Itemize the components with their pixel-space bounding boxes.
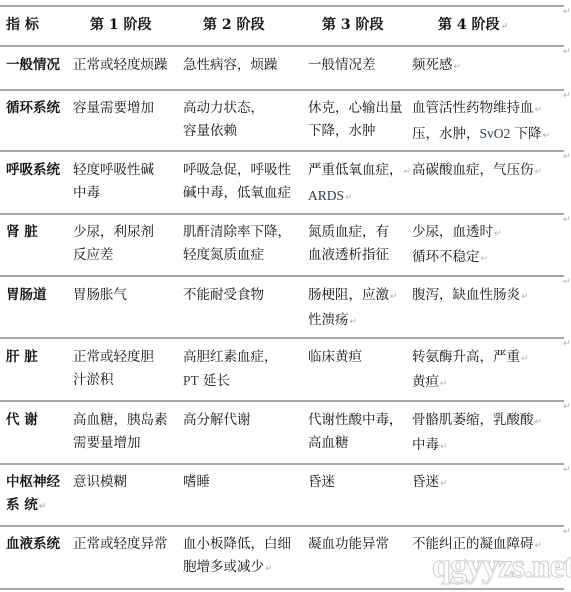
- cell-line: 胃肠道: [6, 284, 47, 307]
- paragraph-mark-icon: ↵: [563, 340, 571, 349]
- indicator-cell: 代 谢: [6, 409, 38, 432]
- cell-line: 代 谢: [6, 409, 38, 432]
- paragraph-mark-icon: ↵: [563, 466, 571, 475]
- table-rule: [0, 5, 564, 7]
- cell-line: 呼吸系统: [6, 159, 60, 182]
- cell-line: 肾 脏: [6, 221, 38, 244]
- cell-line: 中毒: [73, 182, 154, 205]
- cell-line: 一般情况差: [308, 54, 376, 77]
- table-rule: [0, 463, 564, 465]
- stage-1-cell: 正常或轻度烦躁: [73, 54, 168, 77]
- stage-4-cell: 腹泻，缺血性肠炎↵: [412, 284, 529, 309]
- stage-2-cell: 肌酐清除率下降，轻度氮质血症: [183, 221, 291, 267]
- cell-line: 胃肠胀气: [73, 284, 127, 307]
- stage-1-cell: 轻度呼吸性碱中毒: [73, 159, 154, 205]
- cell-line: 临床黄疸: [308, 346, 362, 369]
- stage-4-cell: 昏迷↵: [412, 471, 448, 496]
- stage-1-cell: 正常或轻度异常: [73, 533, 168, 556]
- cell-line: 血管活性药物维持血↵: [412, 97, 550, 122]
- paragraph-mark-icon: ↵: [563, 153, 571, 162]
- stage-2-cell: 呼吸急促，呼吸性碱中毒，低氧血症: [183, 159, 291, 205]
- cell-line: 黄疸↵: [412, 371, 529, 396]
- cell-line: 意识模糊: [73, 471, 127, 494]
- indicator-cell: 循环系统: [6, 97, 60, 120]
- stage-4-cell: 血管活性药物维持血↵压，水肿，SvO2 下降↵: [412, 97, 550, 148]
- paragraph-mark-icon: ↵: [563, 278, 571, 287]
- stage-1-cell: 胃肠胀气: [73, 284, 127, 307]
- stage-3-cell: 休克，心输出量下降，水肿: [308, 97, 403, 143]
- cell-line: 反应差: [73, 244, 154, 267]
- stage-1-cell: 正常或轻度胆汁淤积: [73, 346, 154, 392]
- stage-2-cell: 高动力状态，容量依赖: [183, 97, 264, 143]
- stage-2-cell: 高分解代谢: [183, 409, 251, 432]
- stage-1-cell: 意识模糊: [73, 471, 127, 494]
- cell-line: 压，水肿，SvO2 下降↵: [412, 122, 550, 148]
- cell-line: 轻度呼吸性碱: [73, 159, 154, 182]
- header-cell: 第 4 阶段↵: [438, 15, 508, 37]
- cell-line: 昏迷↵: [412, 471, 448, 496]
- cell-line: 高碳酸血症，气压伤↵: [412, 159, 542, 184]
- stage-3-cell: 氮质血症，有血液透析指征: [308, 221, 389, 267]
- table-rule: [0, 150, 564, 152]
- stage-2-cell: 高胆红素血症，PT 延长: [183, 346, 278, 393]
- table-rule: [0, 525, 564, 527]
- cell-line: 代谢性酸中毒，: [308, 409, 403, 432]
- cell-line: 嗜睡: [183, 471, 210, 494]
- cell-line: 高血糖: [308, 432, 403, 455]
- stage-3-cell: 肠梗阻，应激↵性溃疡↵: [308, 284, 398, 334]
- stage-3-cell: 严重低氧血症，↵ARDS↵: [308, 159, 411, 210]
- paragraph-mark-icon: ↵: [563, 92, 571, 101]
- paragraph-mark-icon: ↵: [563, 8, 571, 17]
- cell-line: 正常或轻度胆: [73, 346, 154, 369]
- cell-line: 胞增多或减少↵: [183, 556, 291, 581]
- cell-line: 正常或轻度异常: [73, 533, 168, 556]
- indicator-cell: 一般情况: [6, 54, 60, 77]
- indicator-cell: 肾 脏: [6, 221, 38, 244]
- stage-3-cell: 昏迷: [308, 471, 335, 494]
- cell-line: 转氨酶升高，严重↵: [412, 346, 529, 371]
- table-rule: [0, 213, 564, 215]
- cell-line: 氮质血症，有: [308, 221, 389, 244]
- stage-4-cell: 少尿，血透时↵循环不稳定↵: [412, 221, 502, 271]
- stage-2-cell: 急性病容，烦躁: [183, 54, 278, 77]
- cell-line: 腹泻，缺血性肠炎↵: [412, 284, 529, 309]
- cell-line: 严重低氧血症，↵: [308, 159, 411, 184]
- stage-4-cell: 频死感↵: [412, 54, 461, 79]
- stage-2-cell: 嗜睡: [183, 471, 210, 494]
- cell-line: 少尿，利尿剂: [73, 221, 154, 244]
- stage-3-cell: 代谢性酸中毒，高血糖: [308, 409, 403, 455]
- header-cell: 指 标: [6, 15, 39, 35]
- cell-line: 骨骼肌萎缩，乳酸酸↵: [412, 409, 542, 434]
- header-cell: 第 1 阶段: [90, 15, 152, 35]
- stage-3-cell: 凝血功能异常: [308, 533, 389, 556]
- cell-line: 血液透析指征: [308, 244, 389, 267]
- stage-2-cell: 不能耐受食物: [183, 284, 264, 307]
- table-rule: [0, 400, 564, 402]
- stage-1-cell: 容量需要增加: [73, 97, 154, 120]
- stage-4-cell: 骨骼肌萎缩，乳酸酸↵中毒↵: [412, 409, 542, 459]
- header-cell: 第 2 阶段: [203, 15, 265, 35]
- cell-line: PT 延长: [183, 369, 278, 393]
- cell-line: 高胆红素血症，: [183, 346, 278, 369]
- cell-line: 呼吸急促，呼吸性: [183, 159, 291, 182]
- table-rule: [0, 45, 564, 47]
- cell-line: 高血糖，胰岛素: [73, 409, 168, 432]
- cell-line: 容量需要增加: [73, 97, 154, 120]
- cell-line: 血小板降低，白细: [183, 533, 291, 556]
- cell-line: ARDS↵: [308, 184, 411, 210]
- cell-line: 血液系统: [6, 533, 60, 556]
- cell-line: 昏迷: [308, 471, 335, 494]
- cell-line: 轻度氮质血症: [183, 244, 291, 267]
- cell-line: 需要量增加: [73, 432, 168, 455]
- cell-line: 碱中毒，低氧血症: [183, 182, 291, 205]
- stage-2-cell: 血小板降低，白细胞增多或减少↵: [183, 533, 291, 581]
- cell-line: 一般情况: [6, 54, 60, 77]
- stage-3-cell: 临床黄疸: [308, 346, 362, 369]
- header-cell: 第 3 阶段: [322, 15, 384, 35]
- cell-line: 汁淤积: [73, 369, 154, 392]
- indicator-cell: 血液系统: [6, 533, 60, 556]
- cell-line: 肌酐清除率下降，: [183, 221, 291, 244]
- table-rule: [0, 337, 564, 339]
- indicator-cell: 呼吸系统: [6, 159, 60, 182]
- table-rule: [0, 89, 564, 91]
- cell-line: 正常或轻度烦躁: [73, 54, 168, 77]
- cell-line: 系 统↵: [6, 494, 60, 519]
- stage-1-cell: 少尿，利尿剂反应差: [73, 221, 154, 267]
- indicator-cell: 胃肠道: [6, 284, 47, 307]
- cell-line: 凝血功能异常: [308, 533, 389, 556]
- cell-line: 频死感↵: [412, 54, 461, 79]
- cell-line: 休克，心输出量: [308, 97, 403, 120]
- paragraph-mark-icon: ↵: [563, 216, 571, 225]
- cell-line: 肠梗阻，应激↵: [308, 284, 398, 309]
- paragraph-mark-icon: ↵: [563, 403, 571, 412]
- cell-line: 循环不稳定↵: [412, 246, 502, 271]
- cell-line: 高动力状态，: [183, 97, 264, 120]
- cell-line: 急性病容，烦躁: [183, 54, 278, 77]
- indicator-cell: 中枢神经系 统↵: [6, 471, 60, 519]
- paragraph-mark-icon: ↵: [563, 528, 571, 537]
- cell-line: 容量依赖: [183, 120, 264, 143]
- cell-line: 中毒↵: [412, 434, 542, 459]
- cell-line: 肝 脏: [6, 346, 38, 369]
- cell-line: 高分解代谢: [183, 409, 251, 432]
- paragraph-mark-icon: ↵: [563, 48, 571, 57]
- stage-3-cell: 一般情况差: [308, 54, 376, 77]
- stage-1-cell: 高血糖，胰岛素需要量增加: [73, 409, 168, 455]
- indicator-cell: 肝 脏: [6, 346, 38, 369]
- cell-line: 循环系统: [6, 97, 60, 120]
- watermark: qgyyzs.net: [432, 548, 571, 586]
- table-rule: [0, 588, 564, 590]
- stage-4-cell: 高碳酸血症，气压伤↵: [412, 159, 542, 184]
- cell-line: 中枢神经: [6, 471, 60, 494]
- stage-4-cell: 转氨酶升高，严重↵黄疸↵: [412, 346, 529, 396]
- cell-line: 性溃疡↵: [308, 309, 398, 334]
- cell-line: 下降，水肿: [308, 120, 403, 143]
- cell-line: 不能耐受食物: [183, 284, 264, 307]
- cell-line: 少尿，血透时↵: [412, 221, 502, 246]
- table-rule: [0, 275, 564, 277]
